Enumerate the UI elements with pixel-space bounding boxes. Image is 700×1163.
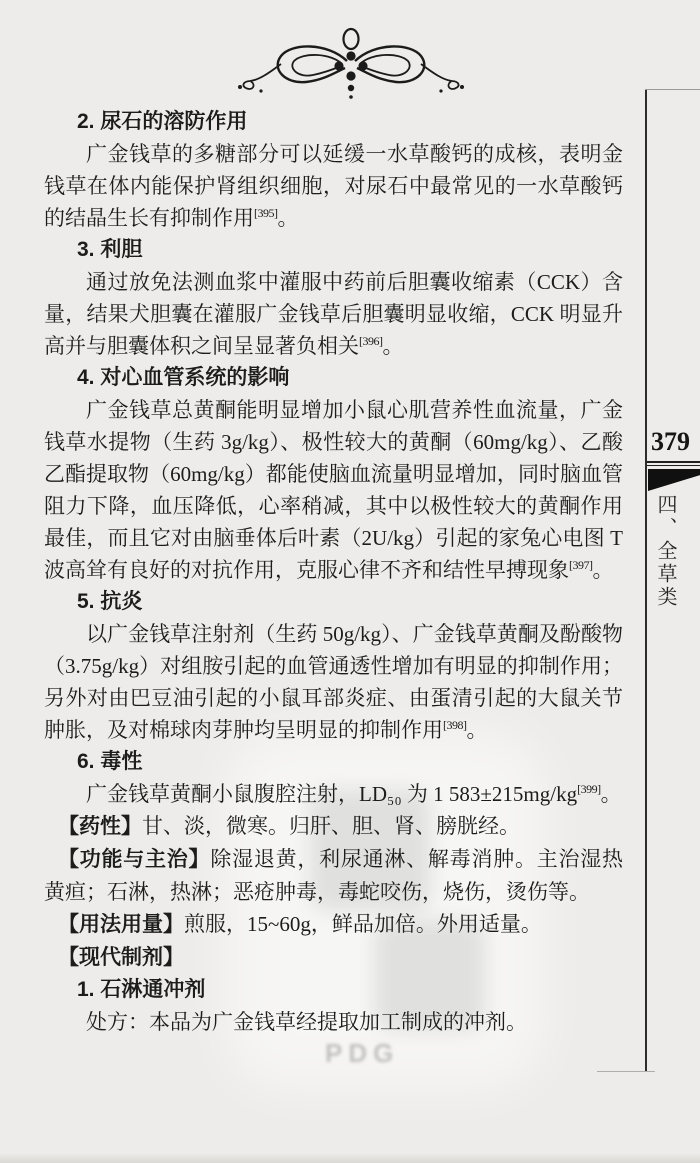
watermark-label: PDG (325, 1038, 399, 1069)
paragraph-text: 通过放免法测血浆中灌服中药前后胆囊收缩素（CCK）含量，结果犬胆囊在灌服广金钱草… (44, 270, 623, 358)
paragraph-text: 。 (383, 334, 404, 358)
paragraph: 广金钱草的多糖部分可以延缓一水草酸钙的成核，表明金钱草在体内能保护肾组织细胞，对… (44, 138, 623, 234)
section-heading: 2. 尿石的溶防作用 (44, 106, 623, 138)
bracket-paragraph: 【药性】甘、淡，微寒。归肝、胆、肾、膀胱经。 (44, 810, 623, 843)
reference-marker: [397] (569, 558, 593, 572)
paragraph-text: 。 (278, 206, 299, 230)
paragraph-text: 煎服，15~60g，鲜品加倍。外用适量。 (184, 912, 542, 936)
paragraph-text: 。 (467, 718, 488, 742)
bracket-heading: 【用法用量】 (58, 913, 184, 936)
paragraph-text: 以广金钱草注射剂（生药 50g/kg）、广金钱草黄酮及酚酸物（3.75g/kg）… (44, 622, 623, 742)
section-heading: 3. 利胆 (44, 234, 623, 266)
paragraph-text: 广金钱草黄酮小鼠腹腔注射，LD₅₀ 为 1 583±215mg/kg (86, 782, 577, 806)
page-number-underline (647, 461, 700, 466)
paragraph: 广金钱草黄酮小鼠腹腔注射，LD₅₀ 为 1 583±215mg/kg[399]。 (44, 778, 623, 810)
paragraph: 以广金钱草注射剂（生药 50g/kg）、广金钱草黄酮及酚酸物（3.75g/kg）… (44, 618, 623, 746)
page-number: 379 (651, 427, 700, 457)
paragraph-text: 广金钱草总黄酮能明显增加小鼠心肌营养性血流量，广金钱草水提物（生药 3g/kg）… (44, 398, 623, 582)
paragraph: 广金钱草总黄酮能明显增加小鼠心肌营养性血流量，广金钱草水提物（生药 3g/kg）… (44, 394, 623, 586)
scan-bottom-shadow (0, 1153, 700, 1163)
paragraph-text: 。 (593, 558, 614, 582)
flourish-ornament (231, 24, 471, 102)
reference-marker: [395] (254, 206, 278, 220)
bracket-heading: 【药性】 (58, 815, 142, 838)
reference-marker: [398] (443, 718, 467, 732)
body-text-column: 2. 尿石的溶防作用 广金钱草的多糖部分可以延缓一水草酸钙的成核，表明金钱草在体… (44, 106, 623, 1038)
bracket-heading: 【功能与主治】 (58, 848, 210, 871)
reference-marker: [399] (577, 782, 601, 796)
chapter-margin-label: 四、全草类 (651, 494, 680, 644)
book-page: PDG 2. 尿石的溶防作用 广金钱草的多糖部分可以延缓一水草酸钙的成核，表明金… (0, 0, 700, 1163)
section-heading: 6. 毒性 (44, 746, 623, 778)
paragraph-text: 。 (601, 782, 622, 806)
bracket-heading: 【现代制剂】 (58, 946, 184, 969)
paragraph-text: 甘、淡，微寒。归肝、胆、肾、膀胱经。 (142, 814, 520, 838)
margin-rule-top (645, 89, 700, 90)
bracket-paragraph: 【现代制剂】 (44, 941, 623, 974)
paragraph-text: 广金钱草的多糖部分可以延缓一水草酸钙的成核，表明金钱草在体内能保护肾组织细胞，对… (44, 142, 623, 230)
section-heading: 4. 对心血管系统的影响 (44, 362, 623, 394)
section-heading: 1. 石淋通冲剂 (44, 974, 623, 1006)
section-heading: 5. 抗炎 (44, 586, 623, 618)
margin-vertical-rule (645, 90, 647, 1072)
margin-rule-bottom (597, 1071, 655, 1072)
chapter-tab-wedge (648, 469, 700, 491)
bracket-paragraph: 【功能与主治】除湿退黄，利尿通淋、解毒消肿。主治湿热黄疸；石淋，热淋；恶疮肿毒，… (44, 843, 623, 908)
bracket-paragraph: 【用法用量】煎服，15~60g，鲜品加倍。外用适量。 (44, 908, 623, 941)
paragraph: 处方：本品为广金钱草经提取加工制成的冲剂。 (44, 1006, 623, 1038)
reference-marker: [396] (359, 334, 383, 348)
paragraph: 通过放免法测血浆中灌服中药前后胆囊收缩素（CCK）含量，结果犬胆囊在灌服广金钱草… (44, 266, 623, 362)
